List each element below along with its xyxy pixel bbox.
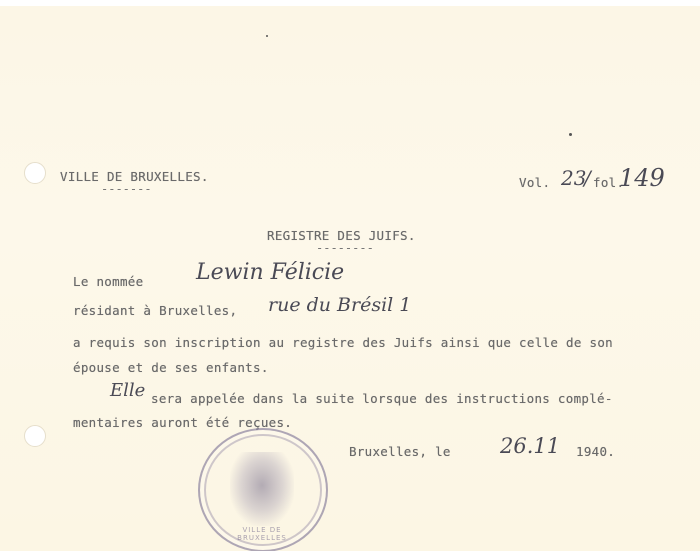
address-handwritten: rue du Brésil 1 (268, 294, 411, 316)
seal-emblem-icon (230, 452, 294, 526)
folio-number-handwritten: 149 (619, 164, 665, 192)
body-line-3: a requis son inscription au registre des… (73, 335, 613, 350)
body-line-4: épouse et de ses enfants. (73, 360, 269, 375)
body-line-5: sera appelée dans la suite lorsque des i… (151, 391, 613, 406)
official-seal-stamp: VILLE DE BRUXELLES (198, 428, 328, 551)
register-title-underline: -------- (316, 241, 374, 255)
person-name-handwritten: Lewin Félicie (196, 260, 344, 285)
volume-number-handwritten: 23 (561, 166, 586, 190)
seal-text: VILLE DE BRUXELLES (222, 526, 302, 542)
pronoun-handwritten: Elle (110, 380, 145, 401)
line1-prefix: Le nommée (73, 274, 143, 289)
volume-label: Vol. (519, 175, 550, 190)
municipality-underline: ------- (101, 182, 152, 196)
line2-prefix: résidant à Bruxelles, (73, 303, 237, 318)
ink-speck (266, 35, 268, 37)
ink-speck (569, 133, 572, 136)
place-label: Bruxelles, le (349, 444, 451, 459)
punch-hole-top (24, 162, 46, 184)
punch-hole-bottom (24, 425, 46, 447)
year-typed: 1940. (576, 444, 615, 459)
volume-separator: / (584, 166, 591, 190)
date-handwritten: 26.11 (500, 434, 560, 458)
